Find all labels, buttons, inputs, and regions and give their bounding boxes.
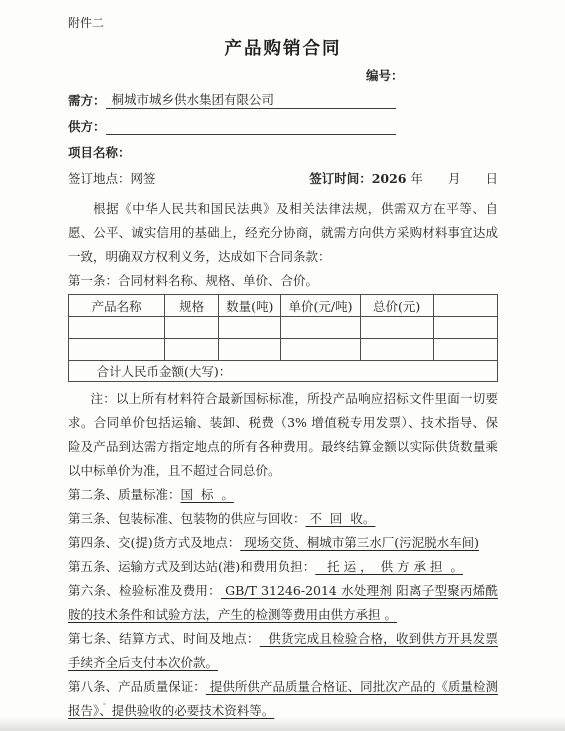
cell: [281, 317, 360, 339]
sign-row: 签订地点：网签 签订时间：2026 年 月 日: [68, 170, 498, 187]
buyer-row: 需方： 桐城市城乡供水集团有限公司: [68, 92, 498, 109]
col-spec: 规格: [165, 295, 219, 317]
clause-2-value: 国 标 。: [181, 487, 234, 502]
supplier-value-line: [106, 118, 396, 135]
col-extra: [433, 295, 497, 317]
sign-place-label: 签订地点：: [68, 171, 131, 186]
table-row: [69, 339, 498, 361]
clause-6-label: 第六条、检验标准及费用：: [68, 583, 221, 598]
total-amount-label: 合计人民币金额(大写)：: [69, 361, 498, 382]
sign-time-label: 签订时间：: [309, 171, 372, 186]
cell: [165, 317, 219, 339]
contract-number-row: 编号：: [68, 66, 498, 83]
clause-5: 第五条、运输方式及到达站(港)和费用负担： 托 运 ， 供 方 承 担 。: [68, 555, 498, 579]
cell: [165, 339, 219, 361]
clause-2: 第二条、质量标准：国 标 。: [68, 483, 498, 507]
project-label: 项目名称：: [68, 143, 131, 161]
col-product-name: 产品名称: [69, 295, 165, 317]
clause-4-value: 现场交货、桐城市第三水厂(污泥脱水车间): [240, 535, 479, 550]
col-unit-price: 单价(元/吨): [281, 295, 360, 317]
table-row: [69, 317, 498, 339]
sign-place: 签订地点：网签: [68, 169, 156, 187]
buyer-value-line: 桐城市城乡供水集团有限公司: [106, 92, 396, 109]
clause-3: 第三条、包装标准、包装物的供应与回收： 不 回 收。: [68, 507, 498, 531]
sign-time-rest: 年 月 日: [407, 171, 498, 186]
clause-7-label: 第七条、结算方式、时间及地点：: [68, 631, 260, 646]
cell: [219, 317, 281, 339]
clause-7: 第七条、结算方式、时间及地点： 供货完成且检验合格，收到供方开具发票手续齐全后支…: [68, 627, 498, 675]
clause-4: 第四条、交(提)货方式及地点： 现场交货、桐城市第三水厂(污泥脱水车间): [68, 531, 498, 555]
cell: [219, 339, 281, 361]
table-total-row: 合计人民币金额(大写)：: [69, 361, 498, 382]
contract-number-label: 编号：: [366, 68, 404, 83]
clause-8-label: 第八条、产品质量保证：: [68, 679, 206, 694]
supplier-label: 供方：: [68, 117, 106, 135]
cell: [69, 317, 165, 339]
note-paragraph: 注：以上所有材料符合最新国标标准，所投产品响应招标文件里面一切要求。合同单价包括…: [68, 387, 498, 483]
table-header-row: 产品名称 规格 数量(吨) 单价(元/吨) 总价(元): [69, 295, 498, 317]
cell: [360, 317, 433, 339]
sign-time: 签订时间：2026 年 月 日: [309, 169, 498, 187]
clause-8: 第八条、产品质量保证： 提供所供产品质量合格证、同批次产品的《质量检测报告》、提…: [68, 675, 498, 723]
cell: [281, 339, 360, 361]
scan-speck: [103, 703, 106, 705]
document-title: 产品购销合同: [68, 37, 498, 61]
buyer-label: 需方：: [68, 91, 106, 109]
cell: [360, 339, 433, 361]
cell: [69, 339, 165, 361]
cell: [433, 317, 497, 339]
preamble-paragraph: 根据《中华人民共和国民法典》及相关法律法规，供需双方在平等、自愿、公平、诚实信用…: [68, 197, 498, 269]
clause-3-label: 第三条、包装标准、包装物的供应与回收：: [68, 511, 306, 526]
clause-5-label: 第五条、运输方式及到达站(港)和费用负担：: [68, 559, 315, 574]
sign-time-year: 2026: [372, 171, 407, 186]
scan-shadow: [0, 717, 565, 731]
cell: [433, 339, 497, 361]
clause-1-heading: 第一条：合同材料名称、规格、单价、合价。: [68, 269, 498, 293]
clause-2-label: 第二条、质量标准：: [68, 487, 181, 502]
clause-6: 第六条、检验标准及费用： GB/T 31246-2014 水处理剂 阳离子型聚丙…: [68, 579, 498, 627]
sign-place-value: 网签: [131, 171, 156, 186]
materials-table: 产品名称 规格 数量(吨) 单价(元/吨) 总价(元) 合计人民币金额(大写)：: [68, 294, 498, 382]
contract-page: 附件二 产品购销合同 编号： 需方： 桐城市城乡供水集团有限公司 供方： 项目名…: [0, 0, 565, 731]
clause-4-label: 第四条、交(提)货方式及地点：: [68, 535, 240, 550]
clause-3-value: 不 回 收。: [306, 511, 376, 526]
clause-5-value: 托 运 ， 供 方 承 担 。: [315, 559, 463, 574]
supplier-row: 供方：: [68, 118, 498, 135]
project-row: 项目名称：: [68, 144, 498, 161]
col-quantity: 数量(吨): [219, 295, 281, 317]
col-total-price: 总价(元): [360, 295, 433, 317]
attachment-label: 附件二: [68, 14, 498, 31]
